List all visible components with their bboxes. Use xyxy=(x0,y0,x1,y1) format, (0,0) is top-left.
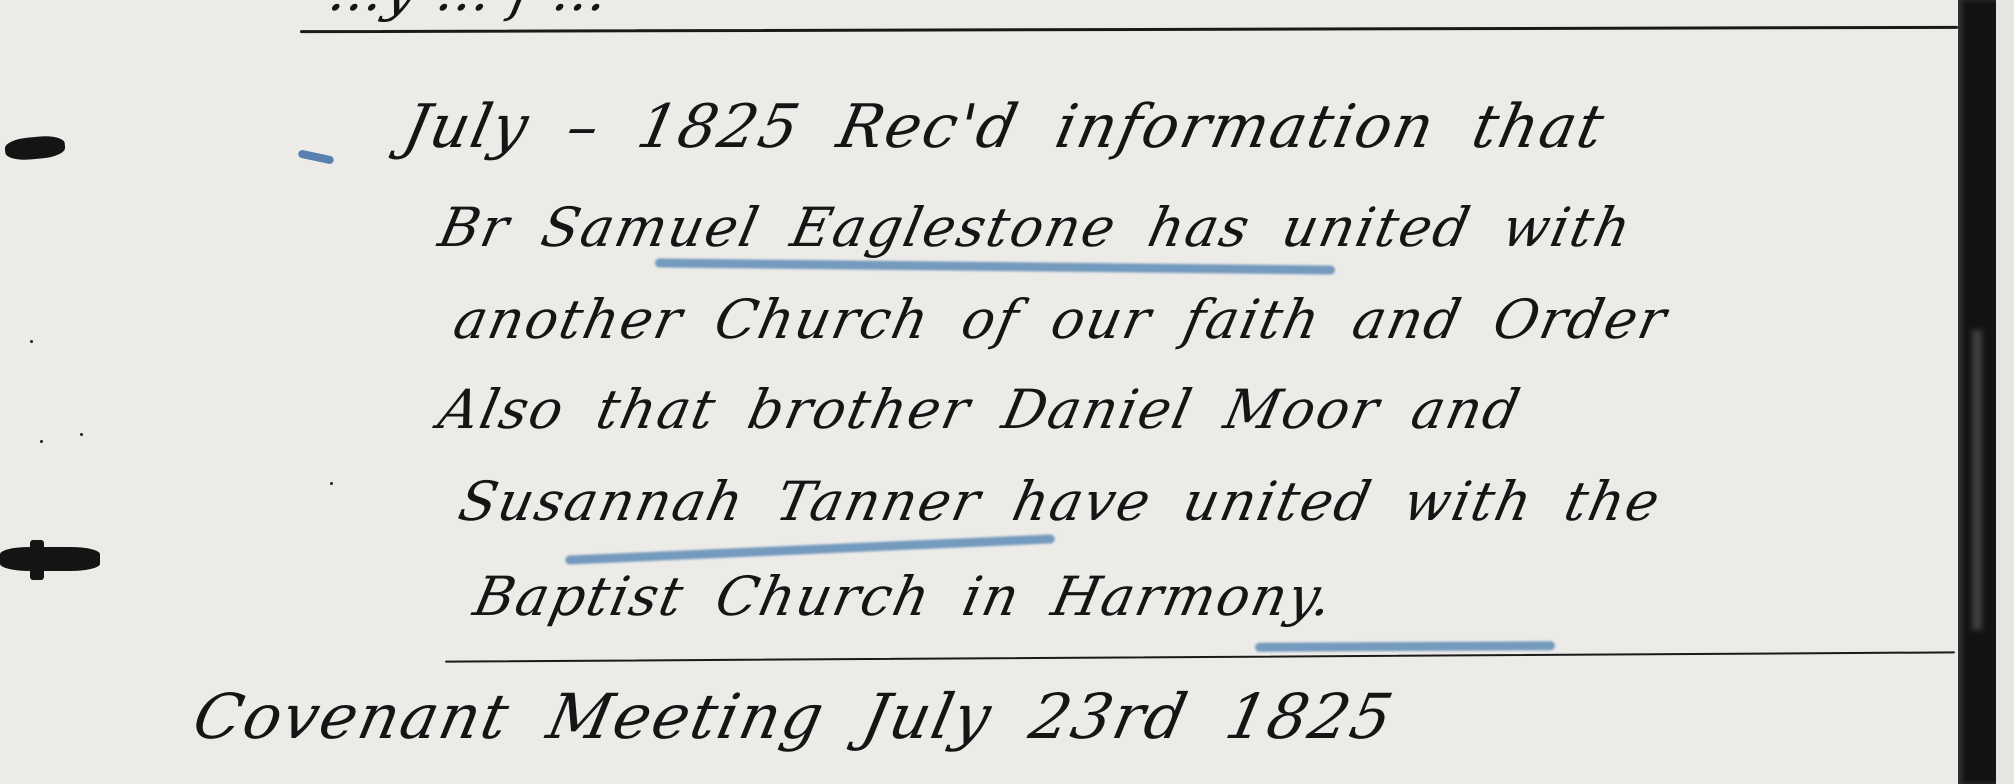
ink-speck xyxy=(30,340,33,343)
previous-line-fragment: …y … f … xyxy=(323,0,616,23)
blue-underline-samuel-eaglestone xyxy=(655,258,1335,274)
ink-speck xyxy=(80,433,83,436)
entry-line-4: Also that brother Daniel Moor and xyxy=(433,378,1527,441)
ink-speck xyxy=(330,482,333,485)
margin-ink-mark-stroke xyxy=(30,540,44,580)
margin-ink-blot xyxy=(4,134,66,161)
margin-ink-mark xyxy=(0,547,100,571)
entry-line-5: Susannah Tanner have united with the xyxy=(453,470,1667,533)
page-binding-edge xyxy=(1958,0,1996,784)
covenant-meeting-heading: Covenant Meeting July 23rd 1825 xyxy=(187,680,1400,753)
entry-closing-rule xyxy=(445,651,1955,662)
entry-line-6: Baptist Church in Harmony. xyxy=(468,565,1340,628)
entry-line-3: another Church of our faith and Order xyxy=(448,288,1673,351)
ink-speck xyxy=(40,440,43,443)
blue-underline-harmony xyxy=(1255,641,1555,652)
entry-line-1: July – 1825 Rec'd information that xyxy=(398,92,1612,162)
entry-line-2: Br Samuel Eaglestone has united with xyxy=(433,196,1638,259)
blue-pencil-tick-mark xyxy=(298,149,335,164)
blue-underline-tanner xyxy=(565,534,1055,564)
scanned-page: …y … f … July – 1825 Rec'd information t… xyxy=(0,0,2014,784)
top-divider-rule xyxy=(300,26,1958,33)
scan-margin-strip xyxy=(1996,0,2014,784)
